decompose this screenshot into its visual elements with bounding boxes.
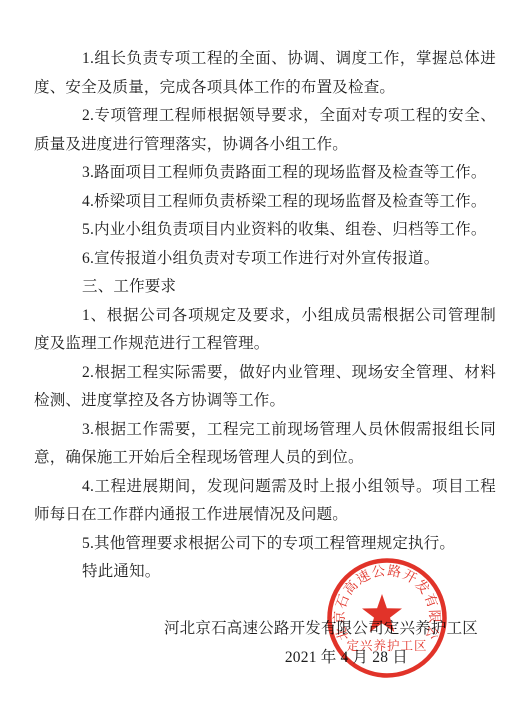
body-line: 5.其他管理要求根据公司下的专项工程管理规定执行。 — [34, 530, 496, 559]
body-line: 4.工程进展期间，发现问题需及时上报小组领导。项目工程 — [34, 473, 496, 502]
body-lines: 1.组长负责专项工程的全面、协调、调度工作，掌握总体进度、安全及质量，完成各项具… — [34, 45, 496, 587]
body-line: 师每日在工作群内通报工作进展情况及问题。 — [34, 501, 496, 530]
body-line: 2.专项管理工程师根据领导要求，全面对专项工程的安全、 — [34, 102, 496, 131]
body-line: 3.路面项目工程师负责路面工程的现场监督及检查等工作。 — [34, 159, 496, 188]
official-seal: 河北京石高速公路开发有限公司 定兴养护工区 — [325, 555, 451, 681]
body-line: 1.组长负责专项工程的全面、协调、调度工作，掌握总体进 — [34, 45, 496, 74]
body-line: 度、安全及质量，完成各项具体工作的布置及检查。 — [34, 74, 496, 103]
body-line: 1、根据公司各项规定及要求，小组成员需根据公司管理制 — [34, 302, 496, 331]
body-line: 三、工作要求 — [34, 273, 496, 302]
body-line: 2.根据工程实际需要，做好内业管理、现场安全管理、材料 — [34, 359, 496, 388]
body-line: 意，确保施工开始后全程现场管理人员的到位。 — [34, 444, 496, 473]
red-star-icon — [362, 594, 402, 632]
body-line: 质量及进度进行管理落实，协调各小组工作。 — [34, 131, 496, 160]
body-line: 6.宣传报道小组负责对专项工作进行对外宣传报道。 — [34, 245, 496, 274]
body-line: 3.根据工作需要，工程完工前现场管理人员休假需报组长同 — [34, 416, 496, 445]
body-line: 度及监理工作规范进行工程管理。 — [34, 330, 496, 359]
body-line: 检测、进度掌控及各方协调等工作。 — [34, 387, 496, 416]
document-page: 1.组长负责专项工程的全面、协调、调度工作，掌握总体进度、安全及质量，完成各项具… — [0, 0, 523, 715]
body-line: 4.桥梁项目工程师负责桥梁工程的现场监督及检查等工作。 — [34, 188, 496, 217]
body-line: 5.内业小组负责项目内业资料的收集、组卷、归档等工作。 — [34, 216, 496, 245]
seal-bottom-text: 定兴养护工区 — [346, 638, 427, 653]
